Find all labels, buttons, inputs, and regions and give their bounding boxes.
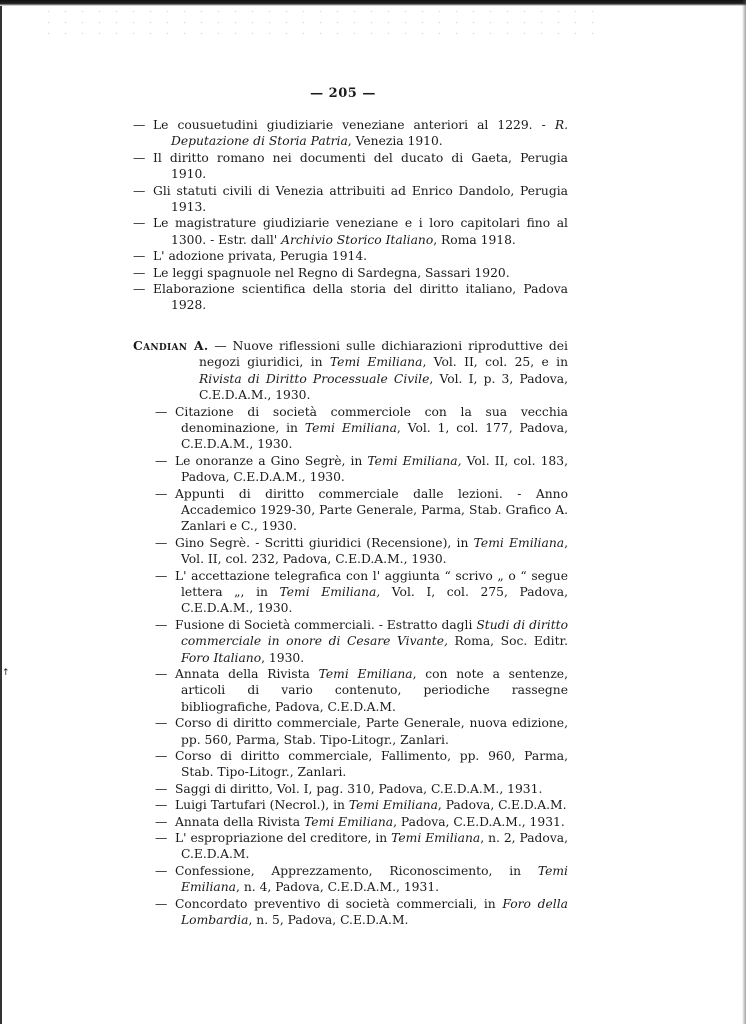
dash: —	[155, 797, 175, 813]
dash: —	[155, 896, 175, 912]
italic-title: Temi Emiliana,	[367, 454, 461, 468]
dash: —	[155, 781, 175, 797]
text-run: Elaborazione scientifica della storia de…	[153, 282, 568, 312]
bibliography-entry: —L' espropriazione del creditore, in Tem…	[133, 830, 568, 863]
dash: —	[155, 748, 175, 764]
bibliography-section-candian: Candian A. — Nuove riflessioni sulle dic…	[133, 338, 568, 929]
text-run: , Vol. II, col. 25, e in	[422, 355, 568, 369]
bibliography-entry: —Confessione, Apprezzamento, Riconoscime…	[133, 863, 568, 896]
italic-title: Archivio Storico Italiano	[281, 233, 433, 247]
dash: —	[155, 486, 175, 502]
entry-list: —Citazione di società commerciole con la…	[133, 404, 568, 929]
italic-title: Temi Emiliana,	[280, 585, 381, 599]
bibliography-entry: —Gli statuti civili di Venezia attribuit…	[133, 183, 568, 216]
author-name: Candian A.	[133, 338, 208, 353]
text-run: Le cousuetudini giudiziarie veneziane an…	[153, 118, 555, 132]
text-run: Fusione di Società commerciali. - Estrat…	[175, 618, 476, 632]
bibliography-entry: —Fusione di Società commerciali. - Estra…	[133, 617, 568, 666]
text-run: , Padova, C.E.D.A.M.	[438, 798, 567, 812]
text-run: Annata della Rivista	[175, 815, 304, 829]
text-run: Luigi Tartufari (Necrol.), in	[175, 798, 349, 812]
text-run: L' adozione privata, Perugia 1914.	[153, 249, 367, 263]
text-run: Corso di diritto commerciale, Parte Gene…	[175, 716, 568, 746]
text-run: , Venezia 1910.	[348, 134, 443, 148]
dash: —	[155, 617, 175, 633]
text-run: Concordato preventivo di società commerc…	[175, 897, 502, 911]
bibliography-entry: —Il diritto romano nei documenti del duc…	[133, 150, 568, 183]
dash: —	[133, 183, 153, 199]
dash: —	[214, 339, 226, 353]
bibliography-entry: —Concordato preventivo di società commer…	[133, 896, 568, 929]
dash: —	[155, 404, 175, 420]
text-run: Corso di diritto commerciale, Fallimento…	[175, 749, 568, 779]
text-run: Le leggi spagnuole nel Regno di Sardegna…	[153, 266, 510, 280]
italic-title: Foro Italiano	[181, 651, 261, 665]
text-run: Annata della Rivista	[175, 667, 319, 681]
author-first-entry: Candian A. — Nuove riflessioni sulle dic…	[133, 338, 568, 404]
dash: —	[133, 248, 153, 264]
text-run: L' espropriazione del creditore, in	[175, 831, 391, 845]
margin-mark: ↑	[2, 668, 10, 678]
text-run: , 1930.	[261, 651, 304, 665]
bibliography-entry: —Le leggi spagnuole nel Regno di Sardegn…	[133, 265, 568, 281]
bibliography-entry: —Le onoranze a Gino Segrè, in Temi Emili…	[133, 453, 568, 486]
text-run: , n. 4, Padova, C.E.D.A.M., 1931.	[236, 880, 439, 894]
italic-title: Temi Emiliana	[330, 355, 423, 369]
text-run: Gino Segrè. - Scritti giuridici (Recensi…	[175, 536, 474, 550]
page-number: — 205 —	[0, 86, 686, 101]
dash: —	[155, 453, 175, 469]
dash: —	[155, 814, 175, 830]
dash: —	[155, 666, 175, 682]
scan-border-left	[0, 6, 2, 1024]
italic-title: Temi Emiliana	[349, 798, 438, 812]
dash: —	[133, 150, 153, 166]
bibliography-entry: —Elaborazione scientifica della storia d…	[133, 281, 568, 314]
dash: —	[133, 215, 153, 231]
bibliography-entry: —Luigi Tartufari (Necrol.), in Temi Emil…	[133, 797, 568, 813]
text-run: Saggi di diritto, Vol. I, pag. 310, Pado…	[175, 782, 542, 796]
dash: —	[155, 863, 175, 879]
bibliography-entry: —L' accettazione telegrafica con l' aggi…	[133, 568, 568, 617]
bibliography-entry: —Corso di diritto commerciale, Parte Gen…	[133, 715, 568, 748]
italic-title: Temi Emiliana	[391, 831, 480, 845]
text-run: , n. 5, Padova, C.E.D.A.M.	[248, 913, 408, 927]
dash: —	[133, 281, 153, 297]
bibliography-entry: —Le magistrature giudiziarie veneziane e…	[133, 215, 568, 248]
text-run: Confessione, Apprezzamento, Riconoscimen…	[175, 864, 538, 878]
bibliography-entry: —Corso di diritto commerciale, Falliment…	[133, 748, 568, 781]
bibliography-entry: —Saggi di diritto, Vol. I, pag. 310, Pad…	[133, 781, 568, 797]
italic-title: Temi Emiliana	[319, 667, 413, 681]
bibliography-section-previous-author: —Le cousuetudini giudiziarie veneziane a…	[133, 117, 568, 314]
text-run: Roma, Soc. Editr.	[448, 634, 568, 648]
bibliography-entry: —Gino Segrè. - Scritti giuridici (Recens…	[133, 535, 568, 568]
italic-title: Temi Emiliana	[304, 815, 393, 829]
scan-noise	[40, 6, 600, 36]
dash: —	[155, 568, 175, 584]
bibliography-entry: —Annata della Rivista Temi Emiliana, Pad…	[133, 814, 568, 830]
bibliography-entry: —Le cousuetudini giudiziarie veneziane a…	[133, 117, 568, 150]
italic-title: Rivista di Diritto Processuale Civile	[199, 372, 429, 386]
text-run: , Padova, C.E.D.A.M., 1931.	[393, 815, 565, 829]
text-run: Appunti di diritto commerciale dalle lez…	[175, 487, 568, 534]
dash: —	[133, 265, 153, 281]
italic-title: Temi Emiliana	[474, 536, 564, 550]
scan-border-right	[742, 0, 746, 1024]
text-run: , Roma 1918.	[433, 233, 516, 247]
bibliography-entry: —Appunti di diritto commerciale dalle le…	[133, 486, 568, 535]
text-run: Gli statuti civili di Venezia attribuiti…	[153, 184, 568, 214]
dash: —	[155, 830, 175, 846]
dash: —	[155, 715, 175, 731]
dash: —	[133, 117, 153, 133]
bibliography-entry: —L' adozione privata, Perugia 1914.	[133, 248, 568, 264]
bibliography-content: —Le cousuetudini giudiziarie veneziane a…	[133, 117, 568, 929]
text-run: Il diritto romano nei documenti del duca…	[153, 151, 568, 181]
dash: —	[155, 535, 175, 551]
bibliography-entry: —Citazione di società commerciole con la…	[133, 404, 568, 453]
entry-text: Nuove riflessioni sulle dichiarazioni ri…	[199, 339, 568, 402]
italic-title: Temi Emiliana	[305, 421, 397, 435]
bibliography-entry: —Annata della Rivista Temi Emiliana, con…	[133, 666, 568, 715]
text-run: Le onoranze a Gino Segrè, in	[175, 454, 367, 468]
